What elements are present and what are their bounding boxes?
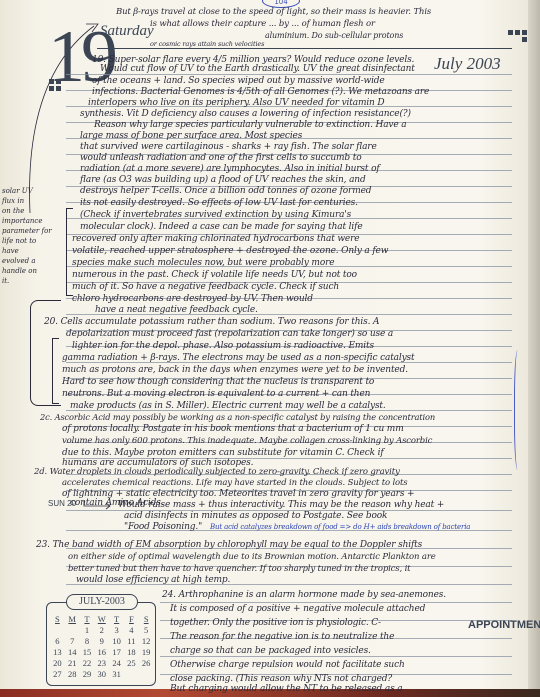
entry-line: Otherwise charge repulsion would not fac… (170, 660, 405, 670)
entry-line: neutrons. But a moving electron is equiv… (62, 389, 370, 399)
calendar-day: 24 (109, 658, 124, 668)
calendar-day: 9 (94, 636, 109, 646)
calendar-day: 30 (94, 669, 109, 679)
entry-line: numerous in the past. Check if volatile … (72, 270, 357, 280)
entry-line: It is composed of a positive + negative … (170, 604, 425, 614)
blue-pen-note: But acid catalyzes breakdown of food => … (210, 523, 470, 531)
calendar-day (65, 625, 80, 635)
ruled-line (160, 602, 512, 603)
entry-line: have a neat negative feedback cycle. (95, 305, 258, 315)
entry-line: of the oceans + land. So species wiped o… (92, 76, 385, 86)
calendar-day: 3 (109, 625, 124, 635)
entry-line: synthesis. Vit D deficiency also causes … (80, 109, 411, 119)
day-name: Saturday (100, 23, 154, 40)
calendar-day: 29 (80, 669, 95, 679)
top-insert-line: But β-rays travel at close to the speed … (116, 7, 431, 17)
calendar-day: 25 (124, 658, 139, 668)
entry-line: volume has only 600 protons. This inadeq… (62, 436, 432, 446)
entry-line: Would raise mass + thus interactivity. T… (118, 500, 444, 510)
calendar-day: 28 (65, 669, 80, 679)
entry-line: The reason for the negative ion is to ne… (170, 632, 394, 642)
calendar-day: 7 (65, 636, 80, 646)
entry-line: volatile, reached upper stratosphere + d… (72, 246, 388, 256)
entry-line: close packing. (This reason why NTs not … (170, 674, 392, 684)
entry-line: due to this. Maybe proton emitters can s… (62, 448, 384, 458)
appointment-label: APPOINTMENT (468, 619, 540, 631)
calendar-day: 19 (139, 647, 154, 657)
entry-line: 2d. Water droplets in clouds periodicall… (34, 467, 400, 477)
calendar-day: 17 (109, 647, 124, 657)
month-year: July 2003 (434, 54, 501, 74)
entry-line: that survived were cartilaginous - shark… (80, 142, 377, 152)
entry-line: much as protons are, back in the days wh… (62, 365, 408, 375)
entry-line: (Check if invertebrates survived extinct… (80, 210, 351, 220)
sunday-date-label: SUN 20 (48, 499, 76, 508)
calendar-day (124, 669, 139, 679)
entry-line: "Food Poisoning." (124, 522, 202, 532)
top-insert-line: is what allows their capture ... by ... … (150, 19, 375, 29)
calendar-day: 1 (80, 625, 95, 635)
calendar-weekday: T (109, 614, 124, 624)
entry-line: molecular clock). Indeed a case can be m… (80, 222, 363, 232)
calendar-day: 18 (124, 647, 139, 657)
entry-line: recovered only after making chlorinated … (72, 234, 359, 244)
calendar-day: 13 (50, 647, 65, 657)
calendar-day: 31 (109, 669, 124, 679)
calendar-day: 20 (50, 658, 65, 668)
calendar-day: 21 (65, 658, 80, 668)
entry-line: radiation (at a more severe) are lymphoc… (80, 164, 380, 174)
calendar-day: 6 (50, 636, 65, 646)
entry-line: species make such molecules now, but wer… (72, 258, 334, 268)
calendar-day (50, 625, 65, 635)
ruled-line (160, 656, 512, 657)
arrow-right-icon (82, 500, 114, 510)
entry-line: much of it. So have a negative feedback … (72, 282, 339, 292)
entry-line: Hard to see how though considering that … (62, 377, 374, 387)
top-insert-line: or cosmic rays attain such velocities (150, 40, 264, 48)
calendar-day: 8 (80, 636, 95, 646)
entry-line: chloro hydrocarbons are destroyed by UV.… (72, 294, 313, 304)
entry-line: together. Only the positive ion is physi… (170, 618, 381, 628)
entry-line: Would cut flow of UV to the Earth drasti… (100, 64, 415, 74)
entry-line: better tuned but then have to have quenc… (68, 564, 410, 574)
margin-note: solar UV flux in on the importance param… (2, 186, 56, 286)
page-spine-edge (528, 0, 540, 697)
entry-line: of protons locally. Postgate in his book… (62, 424, 404, 434)
entry-line: depolarization must proceed fast (repola… (66, 329, 393, 339)
entry-line: charge so that can be packaged into vesi… (170, 646, 371, 656)
entry-line: 23. The band width of EM absorption by c… (36, 540, 422, 550)
calendar-day: 2 (94, 625, 109, 635)
entry-line: interlopers who live on its periphery. A… (88, 98, 384, 108)
calendar-day: 5 (139, 625, 154, 635)
calendar-day: 16 (94, 647, 109, 657)
calendar-day: 23 (94, 658, 109, 668)
calendar-day: 10 (109, 636, 124, 646)
calendar-weekday: S (50, 614, 65, 624)
calendar-day: 4 (124, 625, 139, 635)
entry-line: lighter ion for the depol. phase. Also p… (72, 341, 374, 351)
top-insert-line: aluminium. Do sub-cellular protons (265, 31, 403, 40)
entry-line: would lose efficiency at high temp. (76, 575, 230, 585)
section-bracket (52, 338, 59, 404)
entry-line: would unleash radiation and one of the f… (80, 153, 362, 163)
entry-line: acid disinfects in minutes as opposed to… (124, 511, 387, 521)
entry-line: gamma radiation + β-rays. The electrons … (62, 353, 414, 363)
entry-line: accelerates chemical reactions. Life may… (62, 478, 408, 488)
calendar-weekday: S (139, 614, 154, 624)
calendar-day: 14 (65, 647, 80, 657)
calendar-weekday: F (124, 614, 139, 624)
decorative-squares-icon (508, 30, 527, 42)
entry-line: large mass of bone per surface area. Mos… (80, 131, 302, 141)
calendar-day: 15 (80, 647, 95, 657)
calendar-weekday: M (65, 614, 80, 624)
calendar-weekday: W (94, 614, 109, 624)
entry-line: infections. Bacterial Genomes is 4/5th o… (92, 87, 429, 97)
blue-pen-margin-mark (514, 350, 523, 470)
entry-line: on either side of optimal wavelength due… (68, 552, 436, 562)
calendar-day (139, 669, 154, 679)
calendar-day: 22 (80, 658, 95, 668)
calendar-grid: S M T W T F S 1 2 3 4 5 6 7 8 9 10 11 12… (50, 614, 154, 679)
entry-line: But charging would allow the NT to be re… (170, 684, 403, 694)
header-rule (97, 48, 512, 49)
calendar-title: JULY-2003 (66, 594, 138, 610)
calendar-day: 12 (139, 636, 154, 646)
calendar-day: 27 (50, 669, 65, 679)
entry-line: flare (as O3 was building up) a flood of… (80, 175, 366, 185)
entry-line: 24. Arthrophanine is an alarm hormone ma… (162, 590, 446, 600)
decorative-squares-icon (49, 79, 61, 91)
calendar-day: 26 (139, 658, 154, 668)
entry-line: its not easily destroyed. So effects of … (80, 198, 358, 208)
calendar-weekday: T (80, 614, 95, 624)
entry-line: Reason why large species particularly vu… (94, 120, 406, 130)
ruled-line (66, 74, 512, 75)
calendar-day: 11 (124, 636, 139, 646)
entry-line: 2c. Ascorbic Acid may possibly be workin… (40, 412, 435, 422)
entry-line: make products (as in S. Miller). Electri… (70, 401, 386, 411)
entry-line: destroys helper T-cells. Once a billion … (80, 186, 371, 196)
margin-bracket (66, 208, 73, 296)
entry-line: 20. Cells accumulate potassium rather th… (44, 317, 379, 327)
